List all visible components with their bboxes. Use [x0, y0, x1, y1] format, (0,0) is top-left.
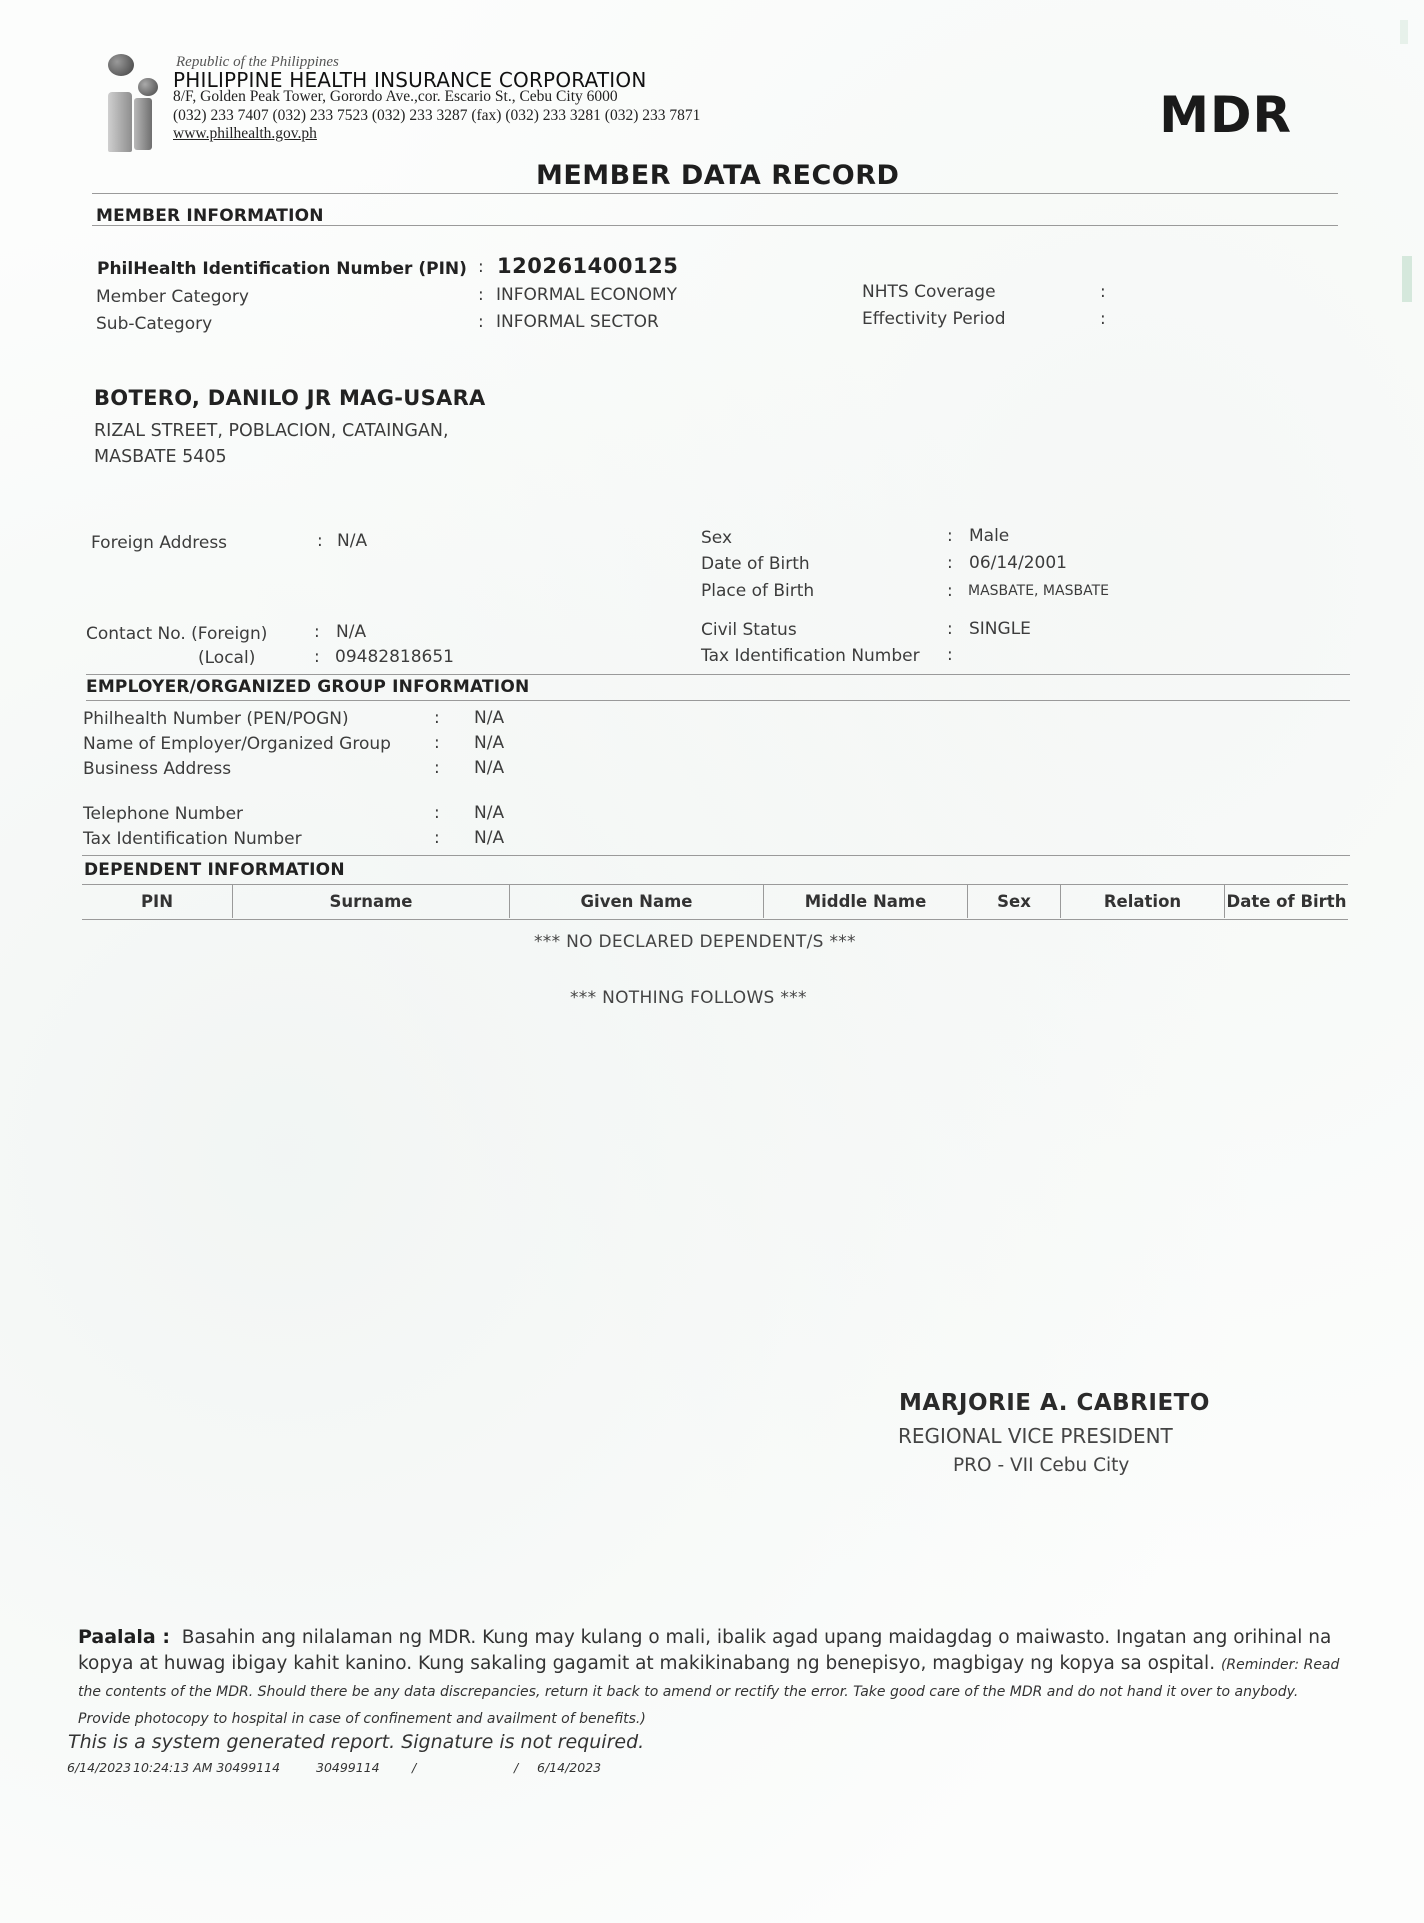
employer-name-label: Name of Employer/Organized Group [83, 734, 391, 754]
sex-label: Sex [701, 528, 732, 548]
sex-value: Male [969, 526, 1009, 546]
tin-label: Tax Identification Number [701, 646, 920, 666]
pin-label: PhilHealth Identification Number (PIN) [97, 259, 467, 279]
colon: : [434, 828, 440, 848]
colon: : [947, 581, 953, 601]
scan-edge-mark [1400, 20, 1408, 44]
office-address: 8/F, Golden Peak Tower, Gorordo Ave.,cor… [173, 88, 618, 106]
colon: : [947, 645, 953, 665]
colon: : [1100, 282, 1106, 302]
telephone-number-label: Telephone Number [83, 804, 243, 824]
divider [86, 700, 1350, 701]
telephone-number-value: N/A [474, 803, 504, 823]
office-phones: (032) 233 7407 (032) 233 7523 (032) 233 … [173, 107, 700, 125]
signatory-office: PRO - VII Cebu City [953, 1455, 1129, 1476]
colon: : [947, 526, 953, 546]
colon: : [434, 803, 440, 823]
paalala-label: Paalala : [78, 1626, 170, 1648]
sub-category-value: INFORMAL SECTOR [496, 312, 659, 332]
mdr-badge: MDR [1159, 86, 1292, 144]
employer-name-value: N/A [474, 733, 504, 753]
reminder-notice: Paalala : Basahin ang nilalaman ng MDR. … [78, 1624, 1348, 1732]
colon: : [478, 257, 484, 277]
colon: : [314, 647, 320, 667]
foreign-address-value: N/A [337, 531, 367, 551]
pen-pogn-label: Philhealth Number (PEN/POGN) [83, 709, 349, 729]
system-generated-note: This is a system generated report. Signa… [68, 1731, 644, 1753]
place-of-birth-value: MASBATE, MASBATE [968, 583, 1109, 599]
contact-foreign-label: Contact No. (Foreign) [86, 624, 267, 644]
member-address-line2: MASBATE 5405 [94, 447, 227, 467]
column-header-relation: Relation [1061, 884, 1225, 918]
column-header-given-name: Given Name [510, 884, 764, 918]
print-time: 10:24:13 AM 30499114 [133, 1760, 280, 1775]
business-address-value: N/A [474, 758, 504, 778]
dependent-info-heading: DEPENDENT INFORMATION [84, 860, 345, 880]
employer-info-heading: EMPLOYER/ORGANIZED GROUP INFORMATION [86, 677, 529, 697]
table-border [82, 919, 1348, 920]
no-dependents-message: *** NO DECLARED DEPENDENT/S *** [534, 932, 856, 952]
place-of-birth-label: Place of Birth [701, 581, 814, 601]
separator-slash: / [412, 1760, 416, 1775]
colon: : [314, 622, 320, 642]
column-header-sex: Sex [968, 884, 1061, 918]
colon: : [434, 733, 440, 753]
pen-pogn-value: N/A [474, 708, 504, 728]
date-of-birth-value: 06/14/2001 [969, 553, 1067, 573]
column-header-surname: Surname [233, 884, 510, 918]
contact-local-value: 09482818651 [335, 647, 454, 667]
table-header-row: PIN Surname Given Name Middle Name Sex R… [82, 884, 1348, 918]
divider [92, 225, 1338, 226]
effectivity-period-label: Effectivity Period [862, 309, 1006, 329]
dependents-table: PIN Surname Given Name Middle Name Sex R… [82, 884, 1348, 918]
business-address-label: Business Address [83, 759, 231, 779]
website-link[interactable]: www.philhealth.gov.ph [173, 125, 317, 143]
philhealth-logo-icon [104, 52, 168, 156]
member-info-heading: MEMBER INFORMATION [96, 206, 324, 226]
user-id: 30499114 [316, 1760, 380, 1775]
member-name: BOTERO, DANILO JR MAG-USARA [94, 386, 486, 410]
scan-edge-mark [1402, 256, 1412, 302]
signatory-name: MARJORIE A. CABRIETO [899, 1390, 1210, 1416]
divider [86, 674, 1350, 675]
colon: : [1100, 309, 1106, 329]
nothing-follows-message: *** NOTHING FOLLOWS *** [570, 988, 807, 1008]
member-category-label: Member Category [96, 287, 249, 307]
colon: : [434, 758, 440, 778]
colon: : [947, 619, 953, 639]
colon: : [947, 553, 953, 573]
divider [82, 855, 1350, 856]
civil-status-label: Civil Status [701, 620, 797, 640]
end-date: 6/14/2023 [537, 1760, 601, 1775]
signatory-title: REGIONAL VICE PRESIDENT [898, 1424, 1173, 1448]
divider [92, 193, 1338, 194]
member-address-line1: RIZAL STREET, POBLACION, CATAINGAN, [94, 421, 449, 441]
column-header-pin: PIN [82, 884, 233, 918]
employer-tin-label: Tax Identification Number [83, 829, 302, 849]
date-of-birth-label: Date of Birth [701, 554, 810, 574]
colon: : [478, 285, 484, 305]
column-header-date-of-birth: Date of Birth [1225, 884, 1349, 918]
print-date: 6/14/2023 [67, 1760, 131, 1775]
colon: : [317, 531, 323, 551]
employer-tin-value: N/A [474, 828, 504, 848]
civil-status-value: SINGLE [969, 619, 1031, 639]
contact-foreign-value: N/A [336, 622, 366, 642]
colon: : [434, 708, 440, 728]
contact-local-label: (Local) [198, 648, 255, 668]
column-header-middle-name: Middle Name [764, 884, 968, 918]
member-category-value: INFORMAL ECONOMY [496, 285, 677, 305]
document-title: MEMBER DATA RECORD [536, 160, 899, 191]
colon: : [478, 312, 484, 332]
sub-category-label: Sub-Category [96, 314, 212, 334]
paalala-text: Basahin ang nilalaman ng MDR. Kung may k… [78, 1627, 1331, 1674]
nhts-coverage-label: NHTS Coverage [862, 282, 996, 302]
pin-value: 120261400125 [497, 254, 678, 278]
foreign-address-label: Foreign Address [91, 533, 227, 553]
separator-slash: / [514, 1760, 518, 1775]
